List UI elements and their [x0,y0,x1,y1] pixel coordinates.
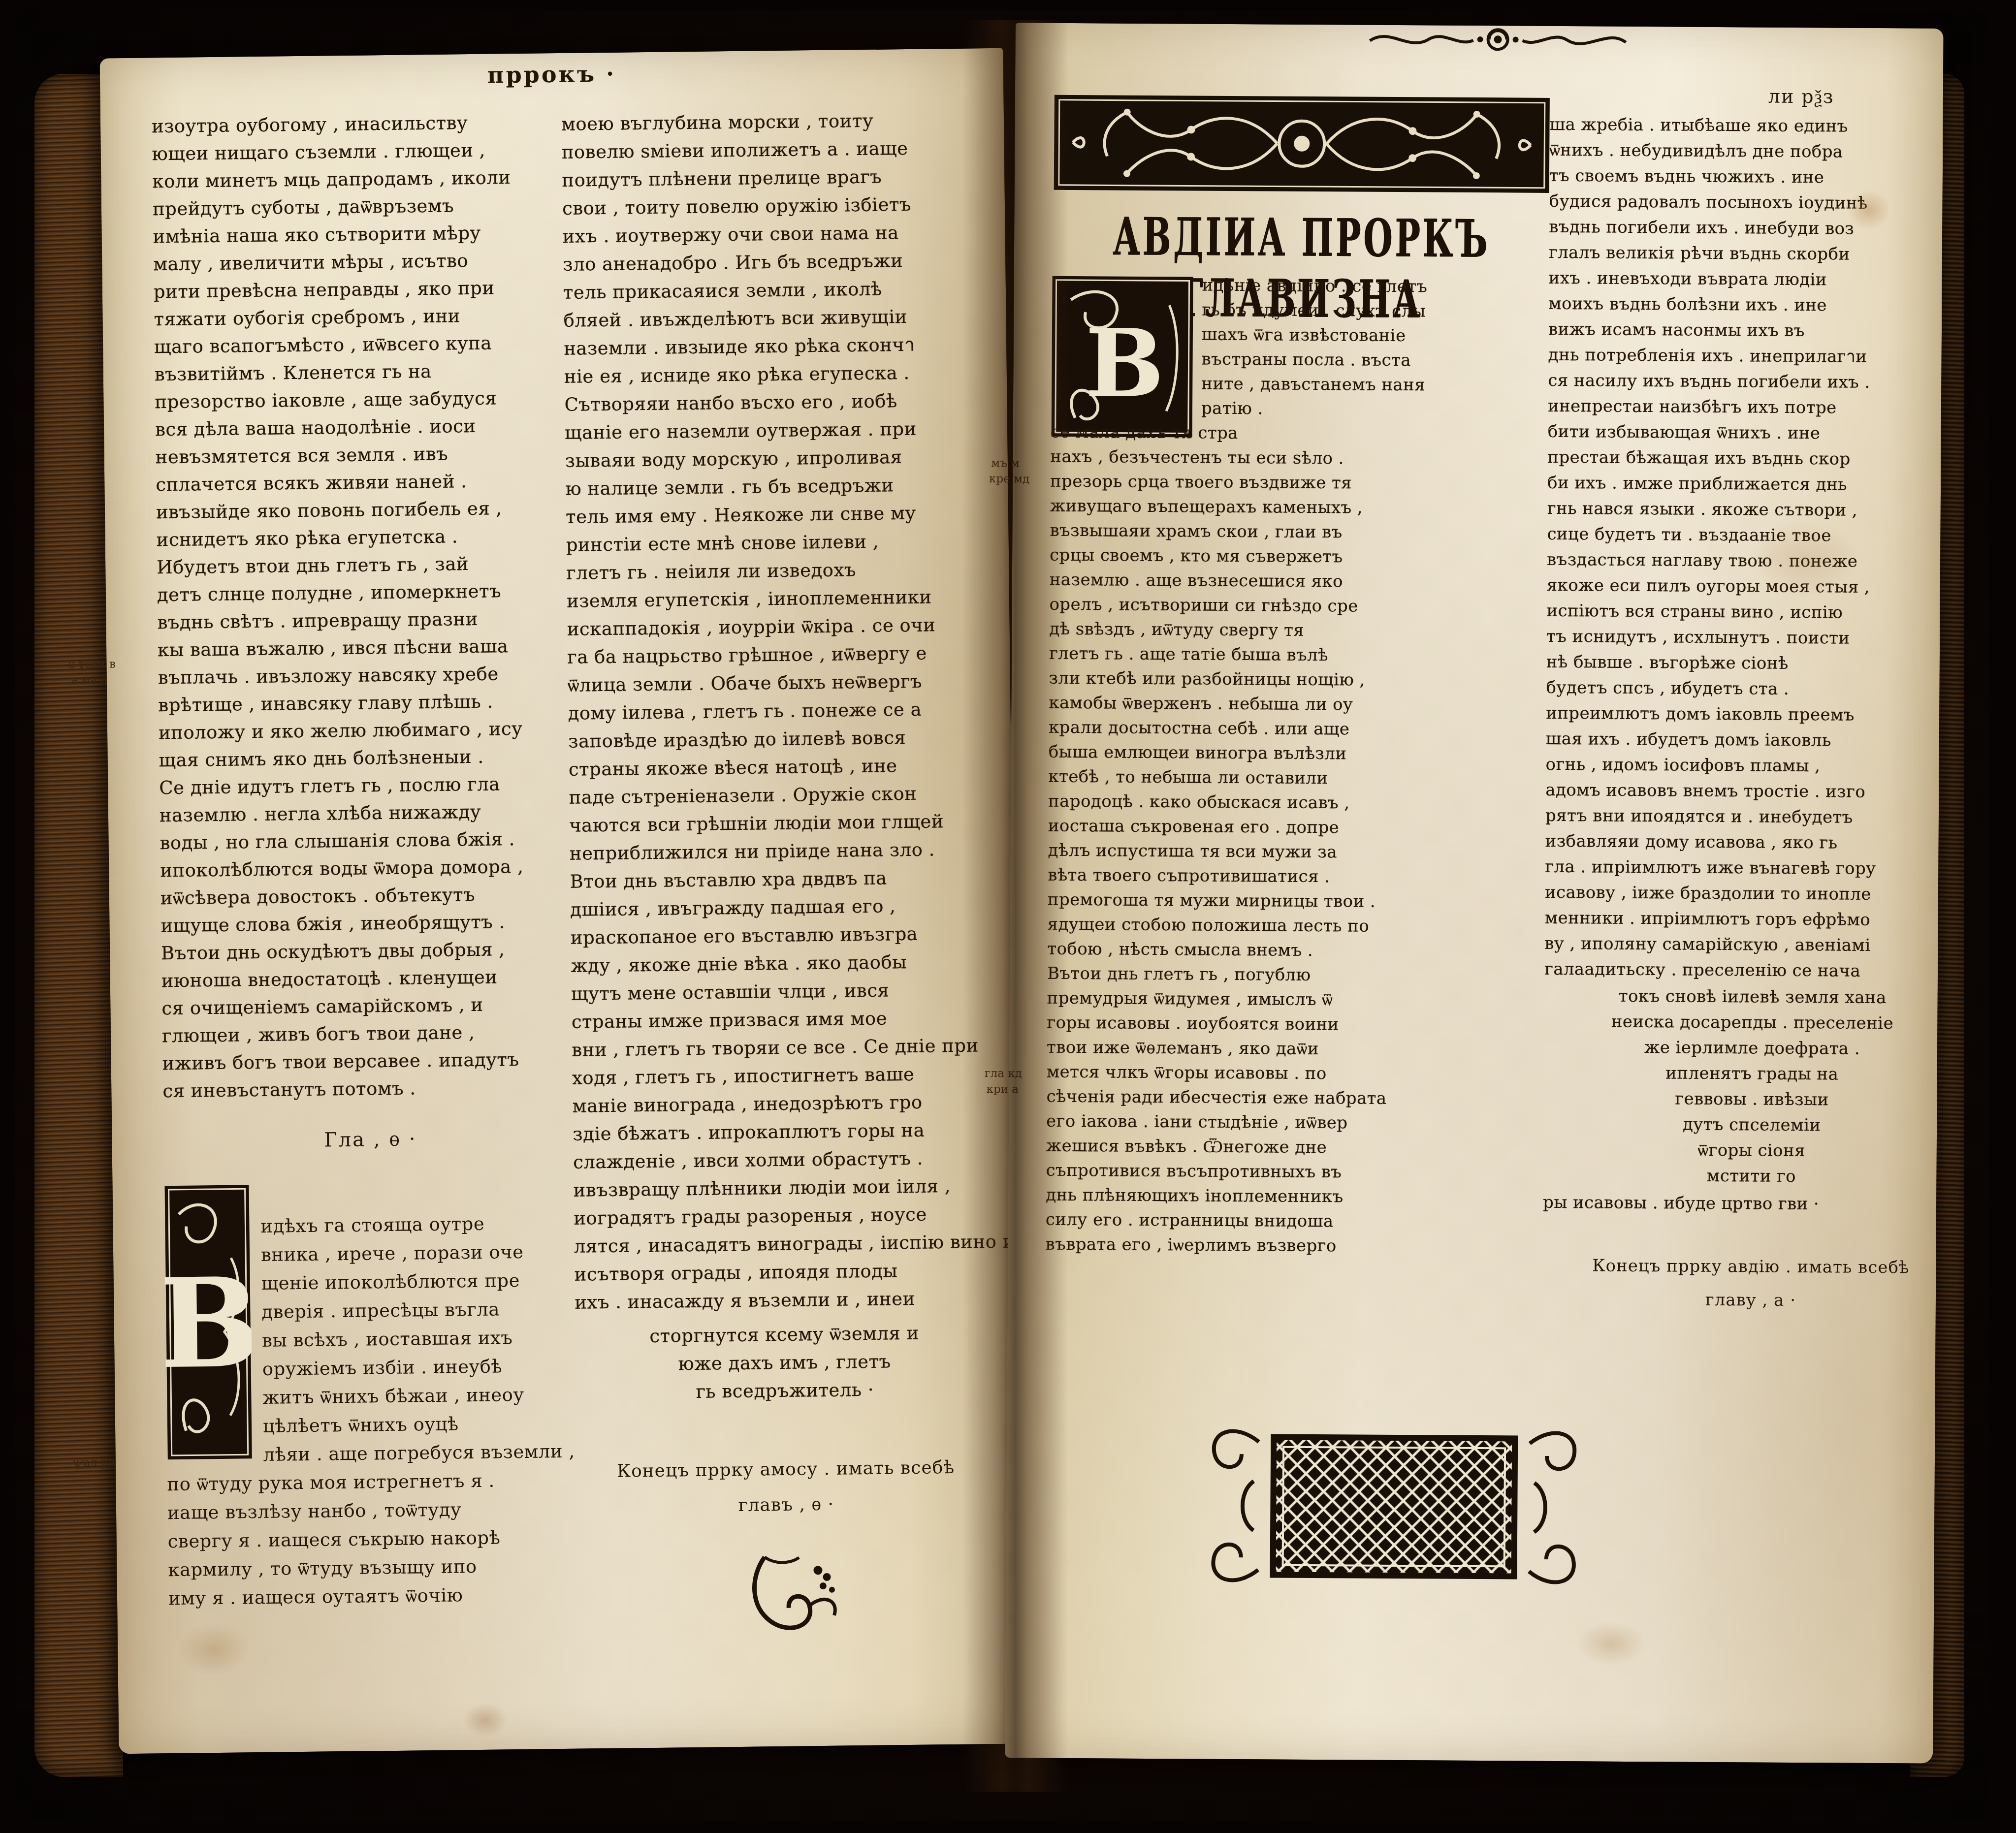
knotwork-tailpiece-icon [1199,1402,1589,1612]
left-column-2-taper: сторгнутся ксему ѿземля июже дахъ имъ , … [575,1318,994,1407]
left-column-2: моею въглубина морски , тоитуповелю ѕміе… [561,105,993,1316]
right-page: ли рѯз АВДІИА [1005,23,1943,1763]
svg-text:В: В [1085,308,1165,418]
svg-text:В: В [163,1250,253,1396]
left-column-1: изоутра оубогому , инасильствующеи нищаг… [152,108,577,1105]
floral-sprig-tailpiece-icon [735,1546,849,1646]
woodcut-initial-icon: В [163,1184,253,1460]
book-gutter-shadow [962,20,1068,1792]
amos-colophon-line1: Конецъ пррку амосу . имать всебѣ [576,1457,995,1482]
left-page: пррокъ · изоутра оубогому , инасильствую… [100,48,1023,1754]
right-column-2-taper: токъ сновѣ іилевѣ земля хананеиска досар… [1543,983,1961,1190]
left-column-1-below-initial: по ѿтуду рука моя истрегнетъ я .иаще въз… [167,1466,583,1613]
obadiah-colophon-line1: Конецъ пррку авдію . имать всебѣ [1542,1256,1959,1278]
headpiece-woodcut-icon [1053,92,1551,196]
amos-colophon-line2: главъ , ѳ · [577,1492,995,1517]
margin-note: ѱал ри [73,1455,116,1470]
woodcut-initial-icon: В [1051,275,1194,439]
margin-note: а ма а [71,672,108,688]
margin-note: о тови в [68,657,116,672]
left-column-1-beside-initial: идѣхъ га стояща оутревника , ирече , пор… [260,1209,582,1469]
obadiah-colophon-line2: главу , а · [1542,1289,1959,1311]
right-column-2-last-line: ры исавовы . ибуде цртво гви · [1543,1190,1959,1218]
right-column-1: се мала дахъ тя странахъ , безъчестенъ т… [1045,420,1467,1259]
folio-number: ли рѯз [1768,86,1834,108]
running-title: пррокъ · [100,56,1003,93]
right-column-1-beside-initial: идѣніе авдіино . се глетъгь бъ идумеи . … [1201,273,1468,422]
chapter-heading: Гла , ѳ · [163,1126,577,1154]
arabesque-strip-icon [1360,22,1635,58]
right-column-2: ша жребіа . итыбѣаше яко единъѿнихъ . не… [1544,112,1966,984]
